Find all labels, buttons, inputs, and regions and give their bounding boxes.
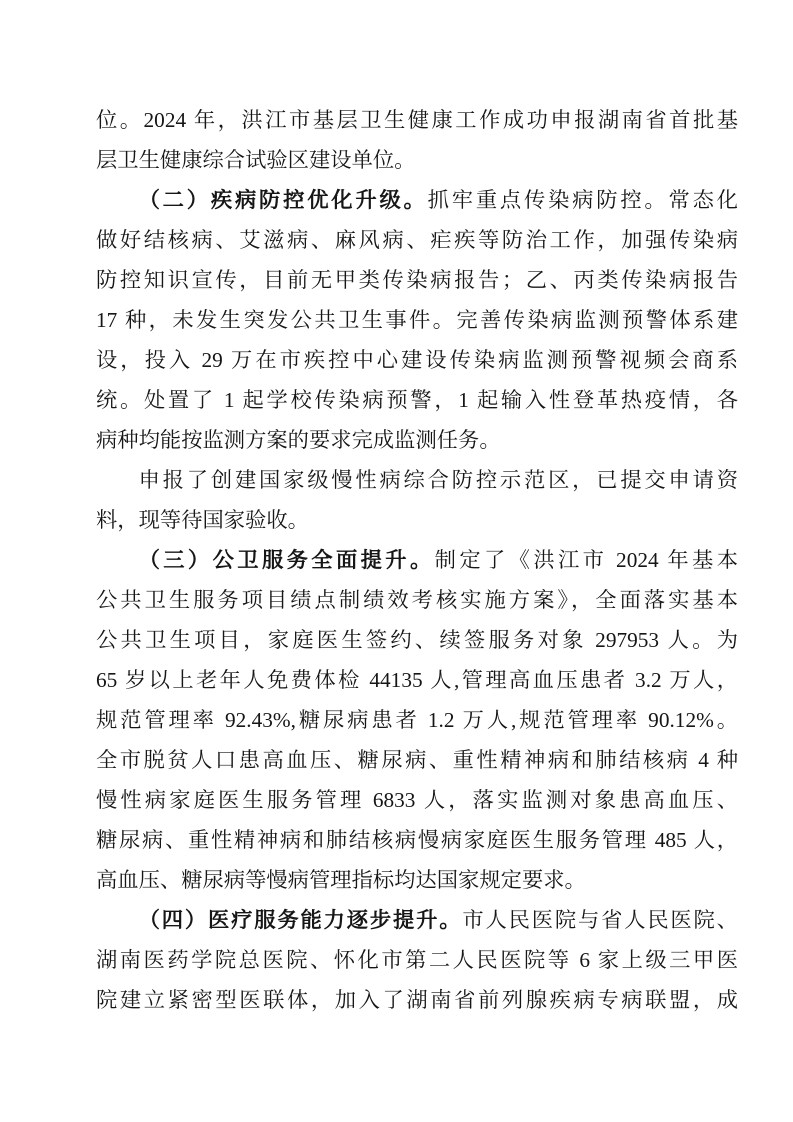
document-page: 位。2024 年，洪江市基层卫生健康工作成功申报湖南省首批基 层卫生健康综合试验…: [0, 0, 793, 1122]
line-text: 料，现等待国家验收。: [96, 508, 309, 532]
line-text: 防控知识宣传，目前无甲类传染病报告；乙、丙类传染病报告: [96, 268, 738, 292]
line-text: 65 岁以上老年人免费体检 44135 人,管理高血压患者 3.2 万人，: [96, 668, 738, 692]
line-text: 公共卫生服务项目绩点制绩效考核实施方案》，全面落实基本: [96, 588, 738, 612]
line-text: 糖尿病、重性精神病和肺结核病慢病家庭医生服务管理 485 人，: [96, 828, 738, 852]
section-heading: （四）医疗服务能力逐步提升。: [139, 908, 463, 932]
body-line: 湖南医药学院总医院、怀化市第二人民医院等 6 家上级三甲医: [96, 940, 738, 980]
body-line: 设，投入 29 万在市疾控中心建设传染病监测预警视频会商系: [96, 340, 738, 380]
body-line: 糖尿病、重性精神病和肺结核病慢病家庭医生服务管理 485 人，: [96, 820, 738, 860]
body-line: 院建立紧密型医联体，加入了湖南省前列腺疾病专病联盟，成: [96, 980, 738, 1020]
body-line: 规范管理率 92.43%,糖尿病患者 1.2 万人,规范管理率 90.12%。: [96, 700, 738, 740]
body-line: 17 种，未发生突发公共卫生事件。完善传染病监测预警体系建: [96, 300, 738, 340]
line-text: 市人民医院与省人民医院、: [462, 908, 738, 932]
line-text: 抓牢重点传染病防控。常态化: [428, 188, 738, 212]
line-text: 院建立紧密型医联体，加入了湖南省前列腺疾病专病联盟，成: [96, 988, 738, 1012]
line-text: 做好结核病、艾滋病、麻风病、疟疾等防治工作，加强传染病: [96, 228, 738, 252]
body-line: 料，现等待国家验收。: [96, 500, 738, 540]
body-line: 高血压、糖尿病等慢病管理指标均达国家规定要求。: [96, 860, 738, 900]
body-line: （四）医疗服务能力逐步提升。市人民医院与省人民医院、: [96, 900, 738, 940]
body-line: 位。2024 年，洪江市基层卫生健康工作成功申报湖南省首批基: [96, 100, 738, 140]
line-text: 申报了创建国家级慢性病综合防控示范区，已提交申请资: [139, 468, 738, 492]
body-line: 病种均能按监测方案的要求完成监测任务。: [96, 420, 738, 460]
body-line: 统。处置了 1 起学校传染病预警，1 起输入性登革热疫情，各: [96, 380, 738, 420]
line-text: 规范管理率 92.43%,糖尿病患者 1.2 万人,规范管理率 90.12%。: [96, 708, 738, 732]
body-line: 公共卫生项目，家庭医生签约、续签服务对象 297953 人。为: [96, 620, 738, 660]
body-line: 防控知识宣传，目前无甲类传染病报告；乙、丙类传染病报告: [96, 260, 738, 300]
line-text: 公共卫生项目，家庭医生签约、续签服务对象 297953 人。为: [96, 628, 738, 652]
line-text: 慢性病家庭医生服务管理 6833 人，落实监测对象患高血压、: [96, 788, 738, 812]
line-text: 高血压、糖尿病等慢病管理指标均达国家规定要求。: [96, 868, 586, 892]
line-text: 位。2024 年，洪江市基层卫生健康工作成功申报湖南省首批基: [96, 108, 738, 132]
body-line: （三）公卫服务全面提升。制定了《洪江市 2024 年基本: [96, 540, 738, 580]
section-heading: （二）疾病防控优化升级。: [139, 188, 428, 212]
body-line: 申报了创建国家级慢性病综合防控示范区，已提交申请资: [96, 460, 738, 500]
body-line: 公共卫生服务项目绩点制绩效考核实施方案》，全面落实基本: [96, 580, 738, 620]
line-text: 17 种，未发生突发公共卫生事件。完善传染病监测预警体系建: [96, 308, 738, 332]
section-heading: （三）公卫服务全面提升。: [139, 548, 435, 572]
line-text: 病种均能按监测方案的要求完成监测任务。: [96, 428, 501, 452]
body-line: 全市脱贫人口患高血压、糖尿病、重性精神病和肺结核病 4 种: [96, 740, 738, 780]
text-block: 位。2024 年，洪江市基层卫生健康工作成功申报湖南省首批基 层卫生健康综合试验…: [96, 100, 738, 1020]
body-line: 65 岁以上老年人免费体检 44135 人,管理高血压患者 3.2 万人，: [96, 660, 738, 700]
body-line: 做好结核病、艾滋病、麻风病、疟疾等防治工作，加强传染病: [96, 220, 738, 260]
body-line: 层卫生健康综合试验区建设单位。: [96, 140, 738, 180]
line-text: 湖南医药学院总医院、怀化市第二人民医院等 6 家上级三甲医: [96, 948, 738, 972]
line-text: 制定了《洪江市 2024 年基本: [435, 548, 738, 572]
line-text: 设，投入 29 万在市疾控中心建设传染病监测预警视频会商系: [96, 348, 738, 372]
body-line: 慢性病家庭医生服务管理 6833 人，落实监测对象患高血压、: [96, 780, 738, 820]
line-text: 全市脱贫人口患高血压、糖尿病、重性精神病和肺结核病 4 种: [96, 748, 738, 772]
line-text: 统。处置了 1 起学校传染病预警，1 起输入性登革热疫情，各: [96, 388, 738, 412]
body-line: （二）疾病防控优化升级。抓牢重点传染病防控。常态化: [96, 180, 738, 220]
line-text: 层卫生健康综合试验区建设单位。: [96, 148, 415, 172]
